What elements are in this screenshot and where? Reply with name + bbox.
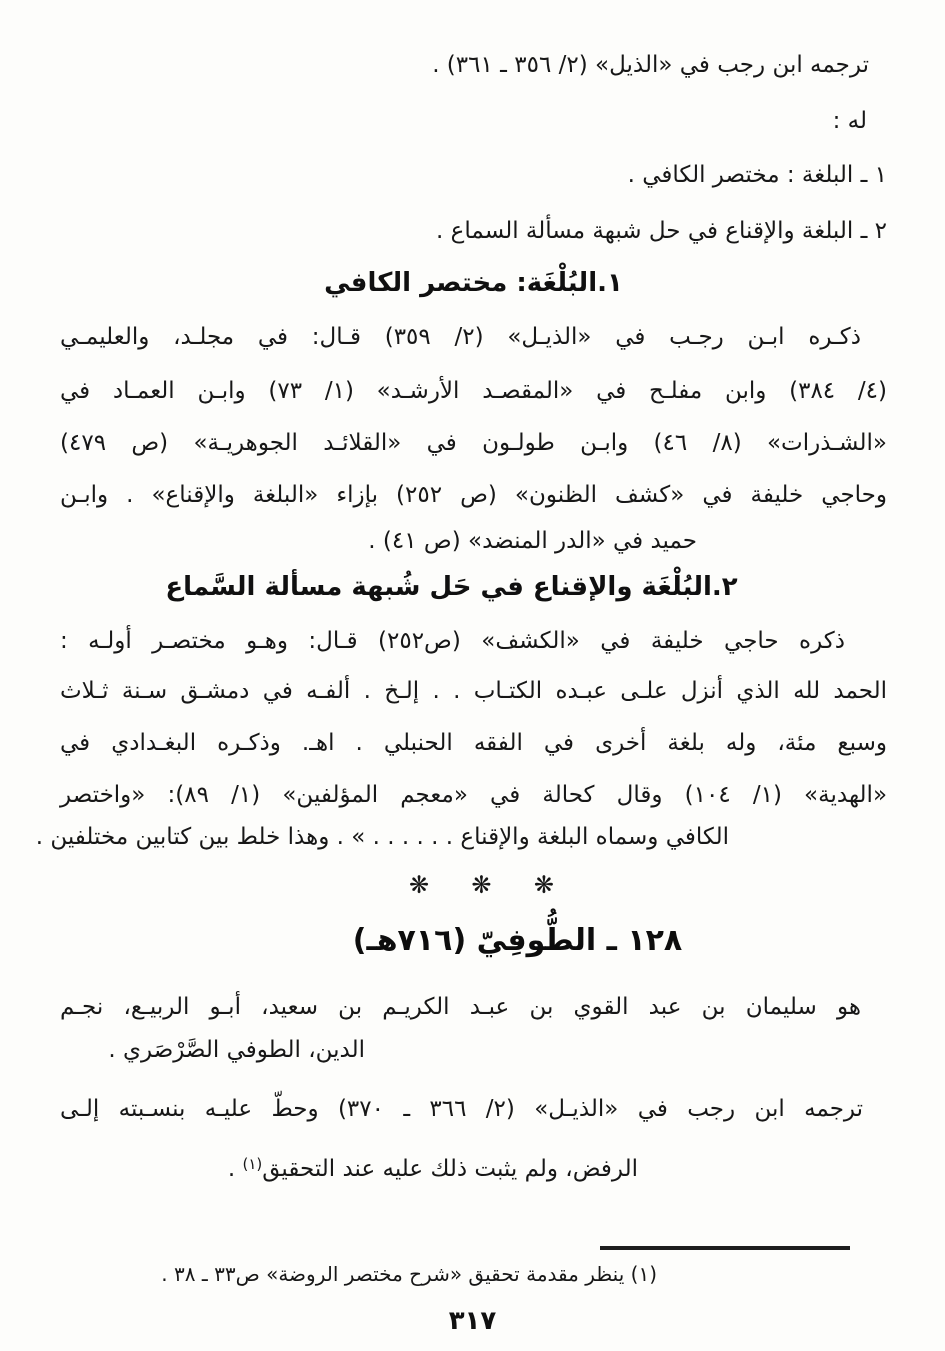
text-line: حميد في «الدر المنضد» (ص ٤١) . <box>60 524 887 558</box>
text-line: «الهدية» (١/ ١٠٤) وقال كحالة في «معجم ال… <box>60 778 887 812</box>
footnote-separator-rule <box>600 1246 850 1250</box>
section-1-heading: ١.البُلْغَة: مختصر الكافي <box>60 266 887 300</box>
text-line: ذكره حاجي خليفة في «الكشف» (ص٢٥٢) قـال: … <box>60 624 887 658</box>
text-line: ترجمه ابن رجب في «الذيـل» (٢/ ٣٦٦ ـ ٣٧٠)… <box>60 1092 887 1126</box>
scanned-book-page: ترجمه ابن رجب في «الذيل» (٢/ ٣٥٦ ـ ٣٦١) … <box>0 0 945 1351</box>
text-line: الكافي وسماه البلغة والإقناع . . . . . .… <box>60 820 887 854</box>
text-line: (٤/ ٣٨٤) وابن مفلـح في «المقصـد الأرشـد»… <box>60 374 887 408</box>
footnote-reference: (١) <box>242 1155 262 1173</box>
text-line: ذكـره ابـن رجـب في «الذيـل» (٢/ ٣٥٩) قـا… <box>60 320 887 354</box>
text-line: هو سليمان بن عبد القوي بن عبـد الكريـم ب… <box>60 990 887 1024</box>
text-line: وسبع مئة، وله بلغة أخرى في الفقه الحنبلي… <box>60 726 887 760</box>
text-segment: الرفض، ولم يثبت ذلك عليه عند التحقيق <box>262 1156 638 1182</box>
page-number: ٣١٧ <box>0 1306 945 1336</box>
work-item-1: ١ ـ البلغة : مختصر الكافي . <box>60 158 887 192</box>
ornament-separator: ❋ ❋ ❋ <box>69 868 896 902</box>
text-line: الرفض، ولم يثبت ذلك عليه عند التحقيق(١) … <box>60 1147 887 1186</box>
text-segment: . <box>228 1156 243 1182</box>
work-item-2: ٢ ـ البلغة والإقناع في حل شبهة مسألة الس… <box>60 214 887 248</box>
section-2-heading: ٢.البُلْغَة والإقناع في حَل شُبهة مسألة … <box>38 570 865 604</box>
footnote-text: (١) ينظر مقدمة تحقيق «شرح مختصر الروضة» … <box>161 1262 657 1286</box>
text-line: الحمد لله الذي أنزل علـى عبـده الكتـاب .… <box>60 674 887 708</box>
entry-128-heading: ١٢٨ ـ الطُّوفِيّ (٧١٦هـ) <box>104 924 931 958</box>
text-line: وحاجي خليفة في «كشف الظنون» (ص ٢٥٢) بإزا… <box>60 478 887 512</box>
text-line: الدين، الطوفي الصَّرْصَري . <box>60 1033 887 1067</box>
intro-line: ترجمه ابن رجب في «الذيل» (٢/ ٣٥٦ ـ ٣٦١) … <box>60 48 887 82</box>
text-line: «الشـذرات» (٨/ ٤٦) وابـن طولـون في «القل… <box>60 426 887 460</box>
works-label: له : <box>60 104 887 138</box>
